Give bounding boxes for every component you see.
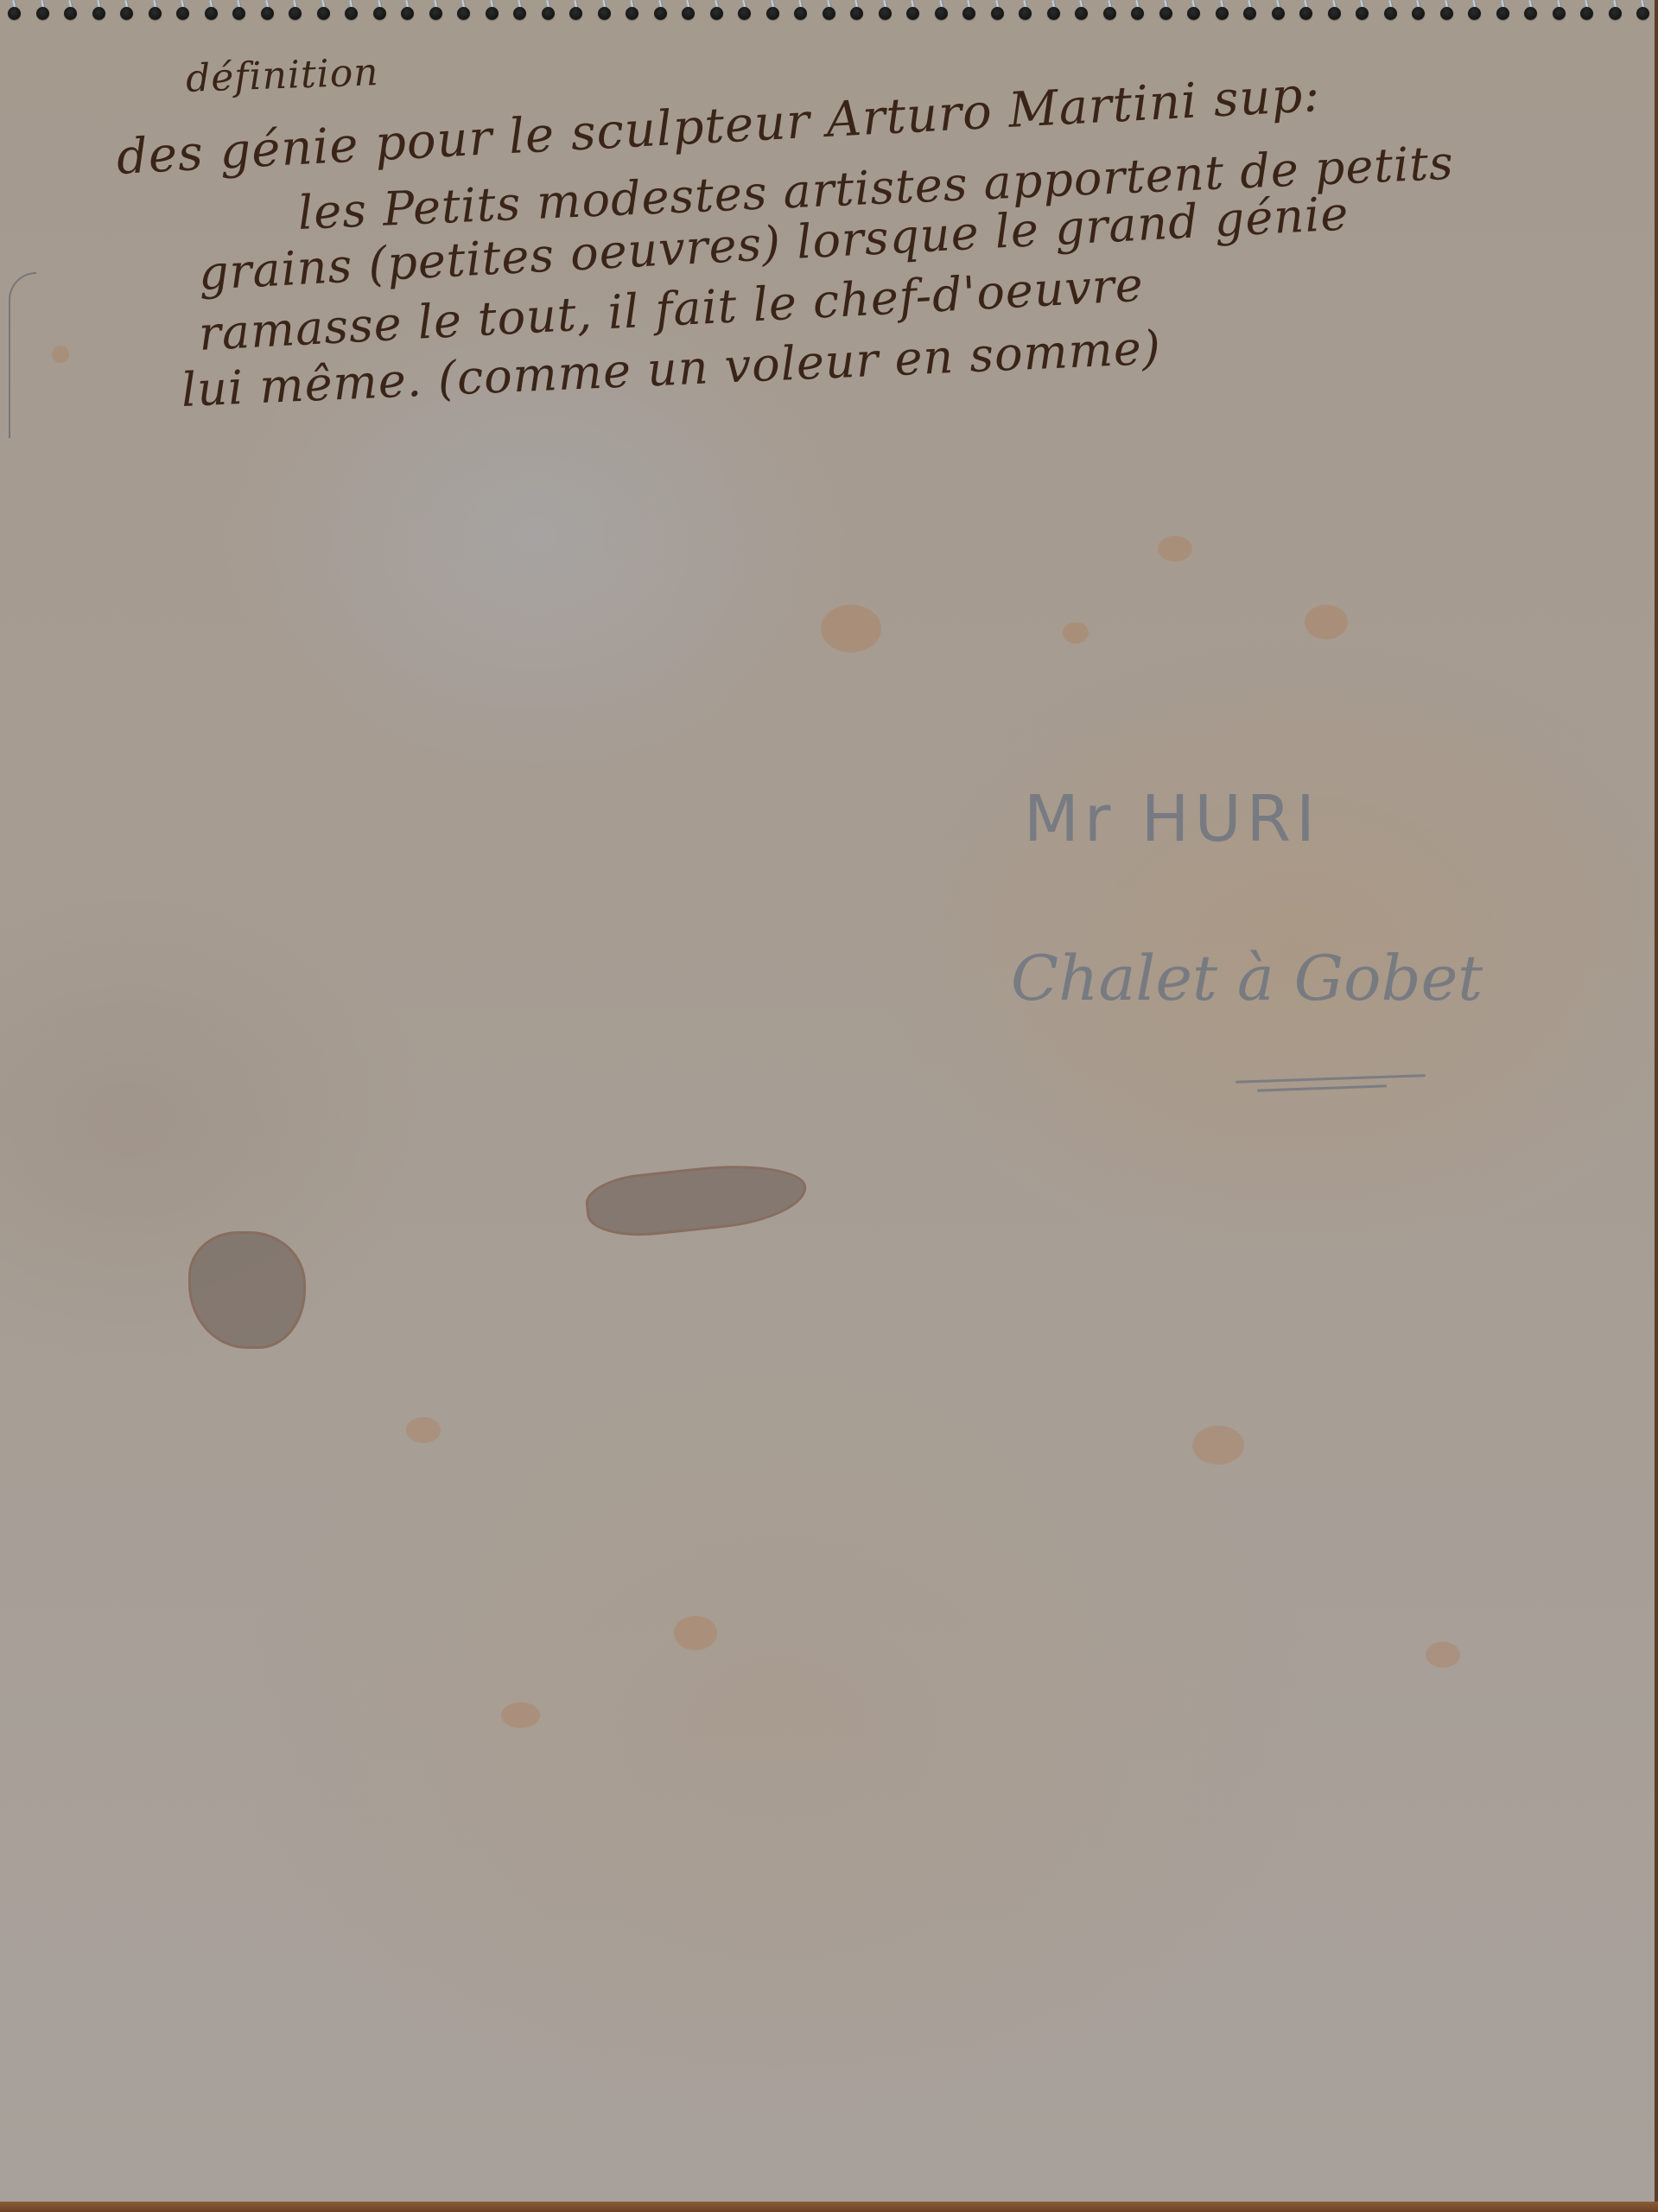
page-edge-right [1655, 0, 1658, 2212]
binding-hole [232, 7, 245, 20]
binding-ring [1320, 0, 1349, 22]
binding-hole [1159, 7, 1172, 20]
binding-ring [1489, 0, 1517, 22]
binding-ring [85, 0, 113, 22]
water-stain-round [188, 1231, 306, 1349]
binding-hole [401, 7, 414, 20]
binding-ring [1460, 0, 1489, 22]
pencil-name: Mr HURI [1024, 782, 1320, 856]
binding-ring [365, 0, 394, 22]
binding-ring [1039, 0, 1068, 22]
binding-hole [850, 7, 863, 20]
binding-hole [345, 7, 358, 20]
binding-ring [1067, 0, 1096, 22]
binding-ring [590, 0, 619, 22]
binding-ring [1236, 0, 1264, 22]
binding-hole [1075, 7, 1088, 20]
binding-hole [1103, 7, 1116, 20]
binding-hole [626, 7, 638, 20]
binding-ring [1152, 0, 1180, 22]
binding-ring [618, 0, 646, 22]
foxing-speck [1158, 536, 1192, 562]
binding-hole [36, 7, 49, 20]
binding-ring [478, 0, 506, 22]
foxing-speck [406, 1417, 441, 1443]
binding-hole [1243, 7, 1256, 20]
spiral-binding [0, 0, 1658, 22]
binding-hole [176, 7, 189, 20]
binding-ring [1376, 0, 1405, 22]
binding-hole [542, 7, 555, 20]
binding-ring [1348, 0, 1376, 22]
binding-ring [1264, 0, 1293, 22]
binding-hole [738, 7, 751, 20]
binding-ring [899, 0, 927, 22]
binding-hole [1412, 7, 1425, 20]
binding-ring [842, 0, 871, 22]
binding-ring [112, 0, 141, 22]
binding-hole [794, 7, 807, 20]
binding-hole [486, 7, 499, 20]
binding-hole [1216, 7, 1229, 20]
binding-ring [815, 0, 843, 22]
water-stain-elongated [583, 1157, 810, 1242]
binding-ring [393, 0, 422, 22]
binding-ring [1404, 0, 1432, 22]
binding-ring [422, 0, 450, 22]
binding-hole [457, 7, 470, 20]
pencil-margin-mark [9, 272, 36, 438]
binding-hole [1272, 7, 1285, 20]
foxing-speck [1063, 622, 1089, 644]
binding-ring [337, 0, 365, 22]
pencil-underline [1236, 1074, 1426, 1084]
binding-ring [309, 0, 338, 22]
binding-ring [141, 0, 169, 22]
binding-ring [955, 0, 983, 22]
pencil-underline-2 [1257, 1084, 1387, 1091]
binding-ring [646, 0, 675, 22]
binding-ring [197, 0, 226, 22]
binding-ring [29, 0, 57, 22]
binding-hole [1609, 7, 1622, 20]
binding-hole [1468, 7, 1481, 20]
binding-ring [225, 0, 253, 22]
binding-hole [1524, 7, 1537, 20]
binding-ring [281, 0, 309, 22]
binding-hole [962, 7, 975, 20]
binding-ring [1096, 0, 1124, 22]
notebook-page: définition des génie pour le sculpteur A… [0, 0, 1655, 2202]
binding-hole [1047, 7, 1060, 20]
binding-hole [1553, 7, 1566, 20]
binding-ring [505, 0, 534, 22]
foxing-speck [821, 605, 881, 652]
binding-ring [1629, 0, 1657, 22]
binding-hole [1636, 7, 1649, 20]
binding-ring [674, 0, 702, 22]
binding-hole [823, 7, 835, 20]
binding-ring [983, 0, 1012, 22]
binding-hole [1580, 7, 1593, 20]
binding-ring [1208, 0, 1236, 22]
foxing-speck [674, 1616, 717, 1650]
binding-hole [906, 7, 919, 20]
binding-ring [168, 0, 197, 22]
foxing-speck [1192, 1426, 1244, 1465]
binding-hole [1496, 7, 1509, 20]
binding-hole [935, 7, 948, 20]
binding-hole [598, 7, 611, 20]
binding-hole [289, 7, 302, 20]
binding-ring [253, 0, 282, 22]
binding-ring [1516, 0, 1545, 22]
binding-ring [56, 0, 85, 22]
binding-hole [991, 7, 1004, 20]
binding-ring [786, 0, 815, 22]
binding-hole [8, 7, 21, 20]
binding-hole [205, 7, 218, 20]
binding-ring [730, 0, 759, 22]
binding-hole [569, 7, 582, 20]
binding-hole [64, 7, 77, 20]
binding-hole [92, 7, 105, 20]
foxing-speck [1426, 1642, 1460, 1668]
note-heading: définition [185, 50, 379, 101]
binding-ring [1545, 0, 1573, 22]
foxing-speck [1305, 605, 1348, 639]
binding-ring [702, 0, 731, 22]
binding-hole [1384, 7, 1397, 20]
binding-ring [759, 0, 787, 22]
binding-hole [429, 7, 442, 20]
binding-hole [710, 7, 723, 20]
binding-hole [1131, 7, 1144, 20]
binding-ring [1179, 0, 1208, 22]
binding-hole [261, 7, 274, 20]
binding-ring [449, 0, 478, 22]
binding-hole [317, 7, 330, 20]
binding-ring [927, 0, 956, 22]
binding-ring [1011, 0, 1039, 22]
binding-hole [373, 7, 386, 20]
binding-hole [1440, 7, 1453, 20]
binding-hole [879, 7, 892, 20]
binding-ring [1572, 0, 1601, 22]
foxing-speck [52, 346, 69, 363]
binding-ring [871, 0, 899, 22]
binding-hole [682, 7, 695, 20]
binding-hole [1299, 7, 1312, 20]
binding-hole [1187, 7, 1200, 20]
binding-ring [0, 0, 29, 22]
binding-ring [1123, 0, 1152, 22]
binding-hole [654, 7, 667, 20]
binding-ring [534, 0, 562, 22]
binding-hole [1328, 7, 1341, 20]
binding-hole [120, 7, 133, 20]
binding-ring [1601, 0, 1629, 22]
pencil-place: Chalet à Gobet [1011, 942, 1483, 1014]
binding-hole [1019, 7, 1032, 20]
binding-hole [1356, 7, 1369, 20]
binding-ring [1432, 0, 1461, 22]
binding-ring [562, 0, 590, 22]
binding-ring [1292, 0, 1320, 22]
binding-hole [766, 7, 779, 20]
page-edge-bottom [0, 2202, 1658, 2212]
binding-hole [513, 7, 526, 20]
foxing-speck [501, 1702, 540, 1728]
binding-hole [149, 7, 162, 20]
